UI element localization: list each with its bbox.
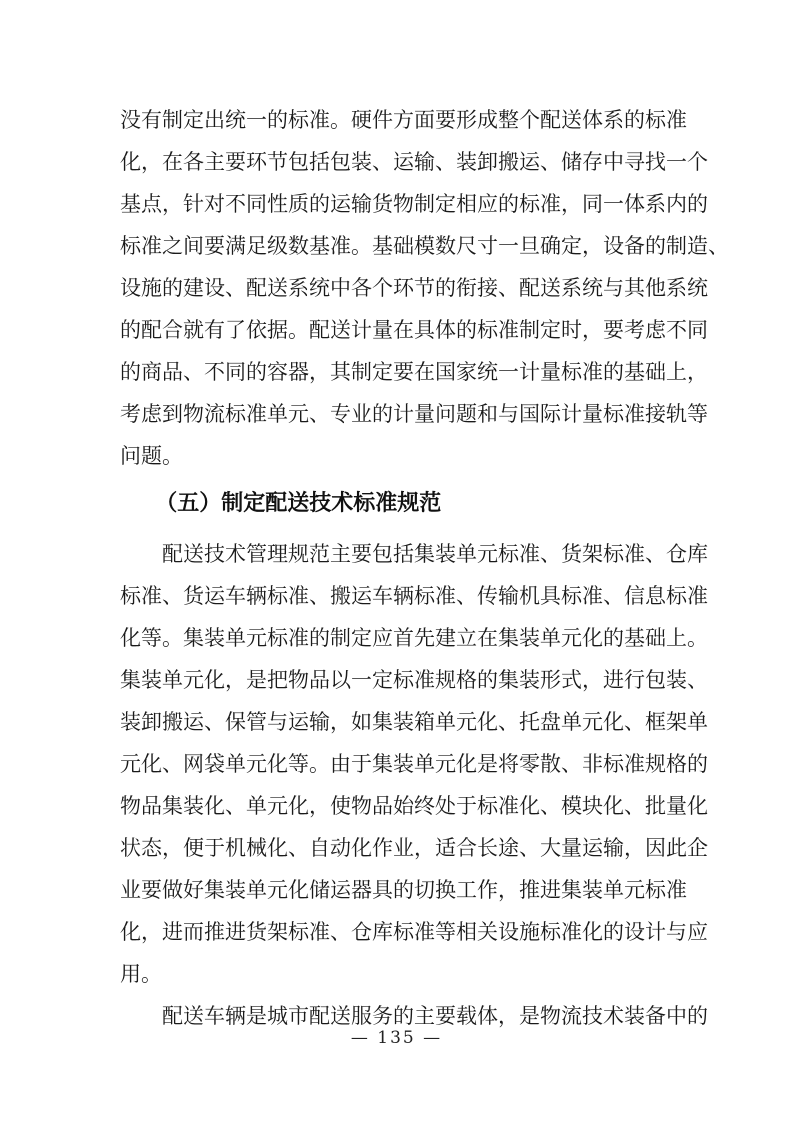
text-line: 标准之间要满足级数基准。基础模数尺寸一旦确定，设备的制造、 — [120, 225, 677, 267]
section-heading: （五）制定配送技术标准规范 — [120, 483, 677, 525]
text-line: 装卸搬运、保管与运输，如集装箱单元化、托盘单元化、框架单 — [120, 701, 677, 743]
paragraph-continuation: 没有制定出统一的标准。硬件方面要形成整个配送体系的标准 化，在各主要环节包括包装… — [120, 99, 677, 477]
text-line: 没有制定出统一的标准。硬件方面要形成整个配送体系的标准 — [120, 99, 677, 141]
text-line: 化等。集装单元标准的制定应首先建立在集装单元化的基础上。 — [120, 617, 677, 659]
text-line: 的商品、不同的容器，其制定要在国家统一计量标准的基础上， — [120, 351, 677, 393]
text-line: 问题。 — [120, 435, 677, 477]
text-line: 业要做好集装单元化储运器具的切换工作，推进集装单元标准 — [120, 869, 677, 911]
paragraph-distribution-tech-standards: 配送技术管理规范主要包括集装单元标准、货架标准、仓库 标准、货运车辆标准、搬运车… — [120, 533, 677, 995]
page-number: — 135 — — [0, 1028, 793, 1048]
text-line: 物品集装化、单元化，使物品始终处于标准化、模块化、批量化 — [120, 785, 677, 827]
text-line: 考虑到物流标准单元、专业的计量问题和与国际计量标准接轨等 — [120, 393, 677, 435]
text-line: 配送技术管理规范主要包括集装单元标准、货架标准、仓库 — [120, 533, 677, 575]
text-line: 标准、货运车辆标准、搬运车辆标准、传输机具标准、信息标准 — [120, 575, 677, 617]
text-line: 化，在各主要环节包括包装、运输、装卸搬运、储存中寻找一个 — [120, 141, 677, 183]
text-line: 基点，针对不同性质的运输货物制定相应的标准，同一体系内的 — [120, 183, 677, 225]
text-line: 的配合就有了依据。配送计量在具体的标准制定时，要考虑不同 — [120, 309, 677, 351]
document-content: 没有制定出统一的标准。硬件方面要形成整个配送体系的标准 化，在各主要环节包括包装… — [120, 99, 677, 1037]
text-line: 用。 — [120, 953, 677, 995]
text-line: 集装单元化，是把物品以一定标准规格的集装形式，进行包装、 — [120, 659, 677, 701]
text-line: 设施的建设、配送系统中各个环节的衔接、配送系统与其他系统 — [120, 267, 677, 309]
document-page: 没有制定出统一的标准。硬件方面要形成整个配送体系的标准 化，在各主要环节包括包装… — [0, 0, 793, 1122]
text-line: 状态，便于机械化、自动化作业，适合长途、大量运输，因此企 — [120, 827, 677, 869]
text-line: 化，进而推进货架标准、仓库标准等相关设施标准化的设计与应 — [120, 911, 677, 953]
text-line: 元化、网袋单元化等。由于集装单元化是将零散、非标准规格的 — [120, 743, 677, 785]
